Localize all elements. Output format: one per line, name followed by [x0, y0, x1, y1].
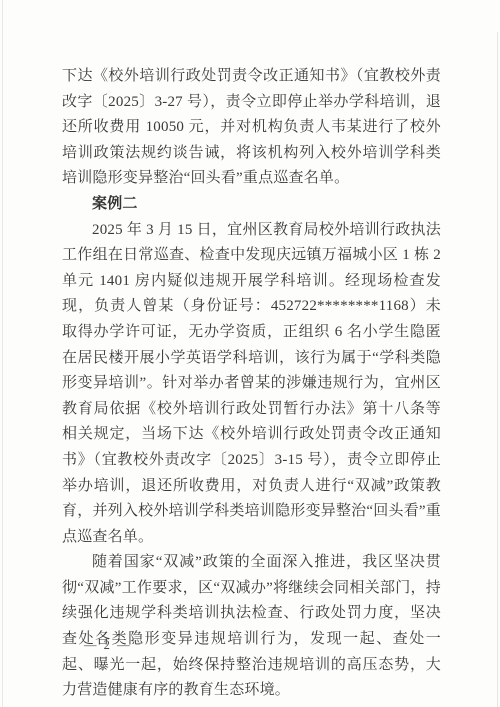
paragraph-continuation: 下达《校外培训行政处罚责令改正通知书》（宜教校外责改字〔2025〕3-27 号）… — [62, 64, 441, 192]
page-number: — 2 — — [84, 638, 132, 653]
paragraph-case-two: 2025 年 3 月 15 日，宜州区教育局校外培训行政执法工作组在日常巡查、检… — [62, 218, 441, 551]
scan-edge-right — [497, 32, 498, 707]
paragraph-closing: 随着国家“双减”政策的全面深入推进，我区坚决贯彻“双减”工作要求，区“双减办”将… — [62, 550, 441, 704]
scan-edge-left — [2, 0, 3, 707]
case-two-heading: 案例二 — [62, 192, 441, 218]
document-body: 下达《校外培训行政处罚责令改正通知书》（宜教校外责改字〔2025〕3-27 号）… — [62, 64, 441, 704]
scanned-document-page: 下达《校外培训行政处罚责令改正通知书》（宜教校外责改字〔2025〕3-27 号）… — [0, 0, 500, 707]
